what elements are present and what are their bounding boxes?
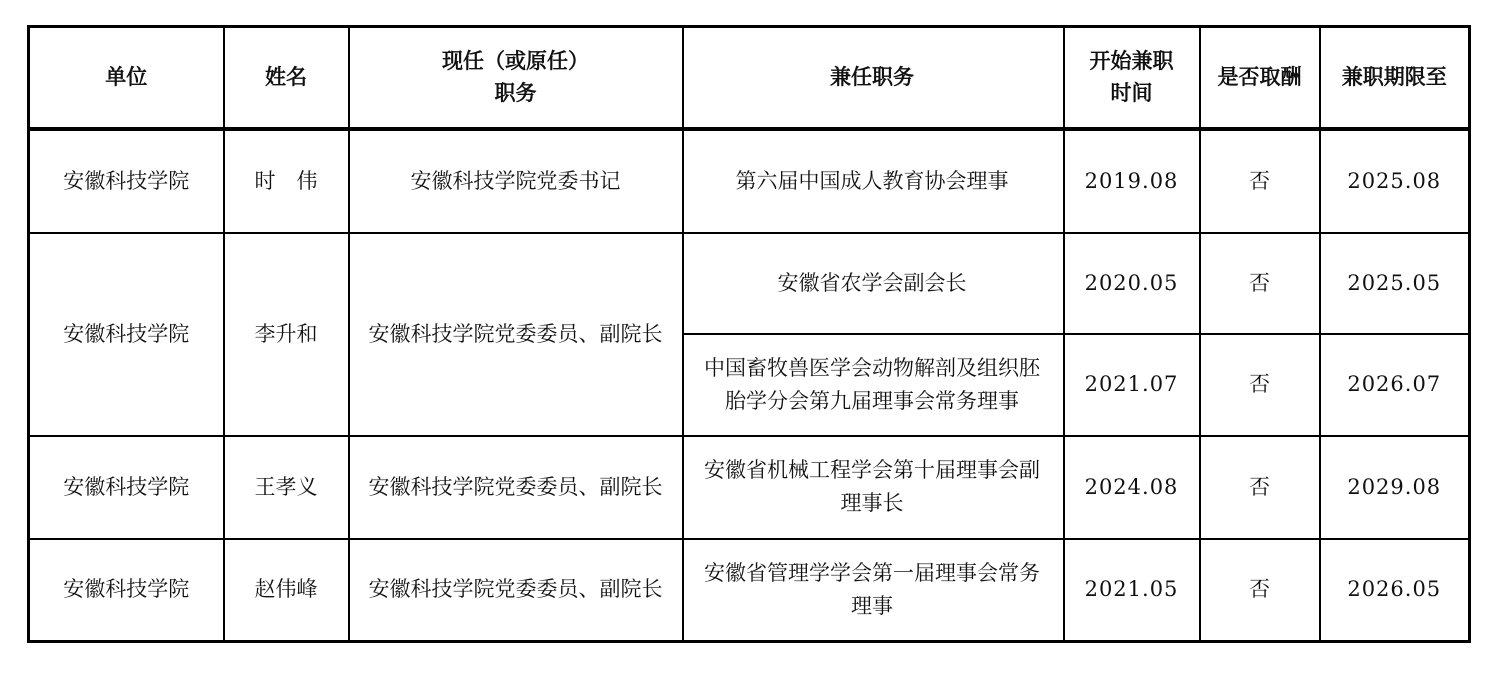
- col-header-current-position: 现任（或原任） 职务: [349, 27, 683, 129]
- cell-concurrent-position: 安徽省机械工程学会第十届理事会副 理事长: [683, 436, 1064, 539]
- cell-unit: 安徽科技学院: [29, 233, 224, 436]
- table-header-row: 单位 姓名 现任（或原任） 职务 兼任职务 开始兼职 时间 是否取酬 兼职期限至: [29, 27, 1470, 129]
- cell-start-time: 2020.05: [1064, 233, 1200, 334]
- table-row: 安徽科技学院 王孝义 安徽科技学院党委委员、副院长 安徽省机械工程学会第十届理事…: [29, 436, 1470, 539]
- cell-unit: 安徽科技学院: [29, 129, 224, 233]
- col-header-name: 姓名: [224, 27, 349, 129]
- cell-name: 李升和: [224, 233, 349, 436]
- col-header-concurrent-position: 兼任职务: [683, 27, 1064, 129]
- col-header-start-time: 开始兼职 时间: [1064, 27, 1200, 129]
- table-row: 安徽科技学院 赵伟峰 安徽科技学院党委委员、副院长 安徽省管理学学会第一届理事会…: [29, 539, 1470, 642]
- cell-name: 时 伟: [224, 129, 349, 233]
- cell-paid: 否: [1200, 436, 1320, 539]
- cell-term-until: 2025.05: [1320, 233, 1470, 334]
- cell-term-until: 2026.05: [1320, 539, 1470, 642]
- cell-name: 王孝义: [224, 436, 349, 539]
- cell-term-until: 2025.08: [1320, 129, 1470, 233]
- cell-term-until: 2029.08: [1320, 436, 1470, 539]
- cell-current-position: 安徽科技学院党委委员、副院长: [349, 233, 683, 436]
- cell-concurrent-position: 安徽省管理学学会第一届理事会常务 理事: [683, 539, 1064, 642]
- cell-paid: 否: [1200, 233, 1320, 334]
- cell-paid: 否: [1200, 129, 1320, 233]
- page: 单位 姓名 现任（或原任） 职务 兼任职务 开始兼职 时间 是否取酬 兼职期限至…: [0, 0, 1496, 683]
- cell-start-time: 2019.08: [1064, 129, 1200, 233]
- cell-paid: 否: [1200, 334, 1320, 436]
- cell-start-time: 2021.05: [1064, 539, 1200, 642]
- cell-concurrent-position: 安徽省农学会副会长: [683, 233, 1064, 334]
- cell-concurrent-position: 中国畜牧兽医学会动物解剖及组织胚 胎学分会第九届理事会常务理事: [683, 334, 1064, 436]
- cell-start-time: 2021.07: [1064, 334, 1200, 436]
- col-header-term-until: 兼职期限至: [1320, 27, 1470, 129]
- cell-current-position: 安徽科技学院党委书记: [349, 129, 683, 233]
- cell-current-position: 安徽科技学院党委委员、副院长: [349, 539, 683, 642]
- cell-paid: 否: [1200, 539, 1320, 642]
- cell-current-position: 安徽科技学院党委委员、副院长: [349, 436, 683, 539]
- col-header-paid: 是否取酬: [1200, 27, 1320, 129]
- table-row: 安徽科技学院 时 伟 安徽科技学院党委书记 第六届中国成人教育协会理事 2019…: [29, 129, 1470, 233]
- table-row: 安徽科技学院 李升和 安徽科技学院党委委员、副院长 安徽省农学会副会长 2020…: [29, 233, 1470, 334]
- cell-start-time: 2024.08: [1064, 436, 1200, 539]
- cell-unit: 安徽科技学院: [29, 539, 224, 642]
- cell-name: 赵伟峰: [224, 539, 349, 642]
- concurrent-positions-table: 单位 姓名 现任（或原任） 职务 兼任职务 开始兼职 时间 是否取酬 兼职期限至…: [27, 25, 1471, 643]
- col-header-unit: 单位: [29, 27, 224, 129]
- cell-unit: 安徽科技学院: [29, 436, 224, 539]
- cell-term-until: 2026.07: [1320, 334, 1470, 436]
- cell-concurrent-position: 第六届中国成人教育协会理事: [683, 129, 1064, 233]
